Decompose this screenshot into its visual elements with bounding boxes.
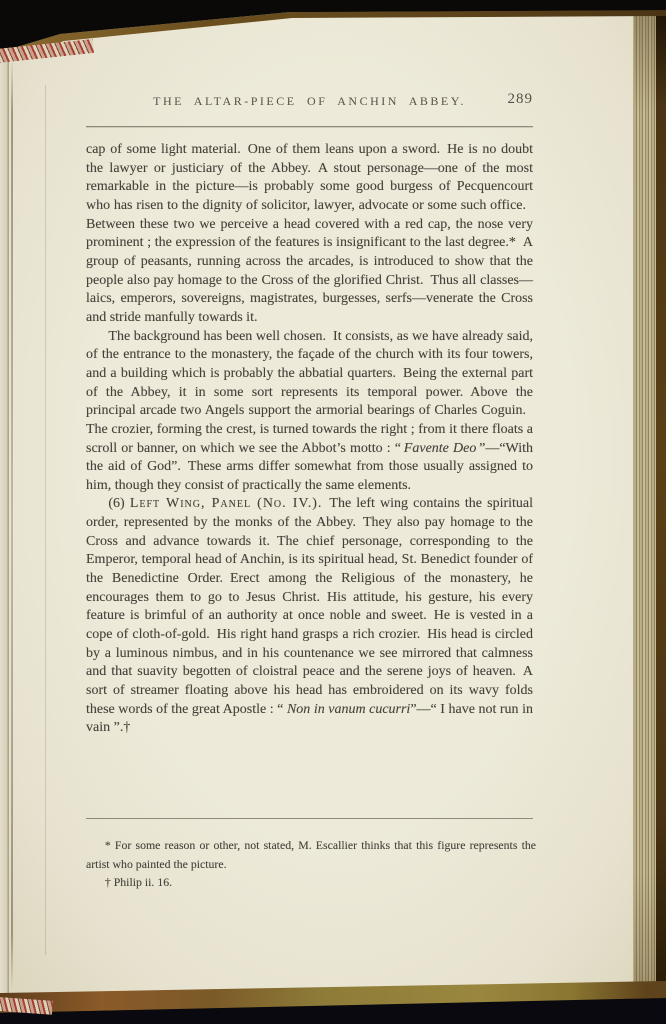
- footnotes: * For some reason or other, not stated, …: [86, 836, 536, 892]
- paragraph-2: The background has been well chosen. It …: [86, 328, 533, 496]
- header-rule: [86, 126, 533, 127]
- footnote-rule: [86, 818, 533, 819]
- gutter-crease: [11, 58, 13, 990]
- text-segment: The left wing contains the spiritual ord…: [86, 496, 533, 716]
- left-page-edge: [0, 60, 9, 995]
- footnote-dagger: † Philip ii. 16.: [86, 873, 536, 892]
- book-page: THE ALTAR-PIECE OF ANCHIN ABBEY. 289 cap…: [0, 12, 640, 995]
- paragraph-3: (6) Left Wing, Panel (No. IV.). The left…: [86, 495, 533, 738]
- page-number: 289: [508, 91, 534, 108]
- paragraph-1: cap of some light material. One of them …: [86, 141, 533, 328]
- text-segment: Left Wing, Panel (No. IV.).: [130, 496, 323, 511]
- book-photo: THE ALTAR-PIECE OF ANCHIN ABBEY. 289 cap…: [0, 0, 666, 1024]
- text-segment: Favente Deo: [404, 441, 477, 456]
- running-head: THE ALTAR-PIECE OF ANCHIN ABBEY. 289: [86, 94, 533, 114]
- footnote-asterisk: * For some reason or other, not stated, …: [86, 836, 536, 873]
- text-segment: (6): [108, 496, 129, 511]
- page-header-title: THE ALTAR-PIECE OF ANCHIN ABBEY.: [86, 94, 533, 109]
- text-segment: Non in vanum cucurri: [287, 702, 410, 717]
- text-segment: The background has been well chosen. It …: [86, 329, 533, 456]
- body-text: cap of some light material. One of them …: [86, 141, 533, 738]
- book-cover-right: [656, 6, 666, 1012]
- text-segment: cap of some light material. One of them …: [86, 142, 533, 325]
- paper-crease: [45, 85, 46, 955]
